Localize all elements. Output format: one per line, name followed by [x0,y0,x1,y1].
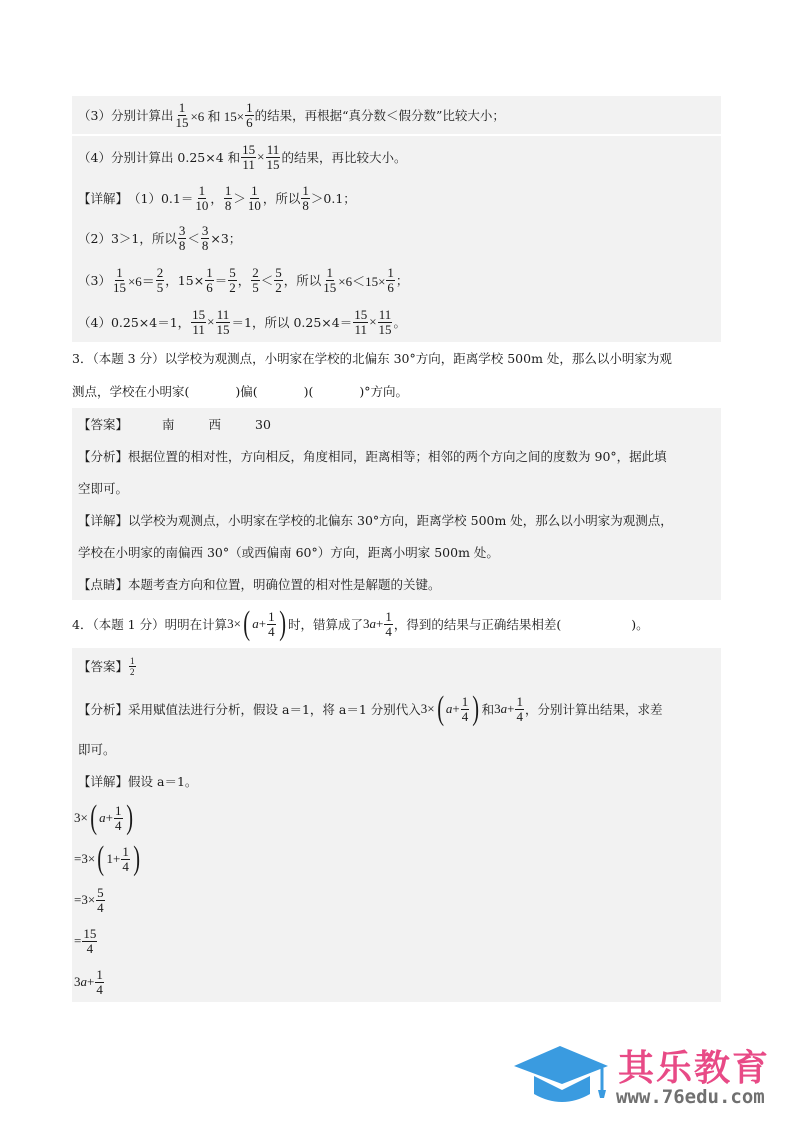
graduation-cap-icon [512,1038,612,1108]
brand-url: www.76edu.com [616,1086,765,1108]
math-text: 3× [227,616,241,632]
numerator: 15 [353,308,368,323]
fraction: 1115 [266,143,281,172]
question-text: 4．（本题 1 分）明明在计算 [72,615,227,633]
numerator: 2 [251,266,260,281]
answer-line: 【答案】 12 [72,648,721,684]
math-text: + [452,701,459,717]
text: （3） [78,271,111,289]
denominator: 4 [96,901,105,915]
analysis-detail-block: （4）分别计算出 0.25×4 和 1511 × 1115 的结果，再比较大小。… [72,136,721,342]
denominator: 6 [245,116,254,130]
numerator: 1 [386,266,395,281]
numerator: 1 [114,804,123,819]
analysis-text: 空即可。 [78,479,128,497]
math-text: =3× [74,851,95,867]
numerator: 1 [301,184,310,199]
numerator: 15 [82,927,97,942]
question-3-line-2: 测点，学校在小明家()偏()()°方向。 [72,374,721,408]
numerator: 1 [205,266,214,281]
numerator: 1 [384,610,393,625]
denominator: 8 [178,239,187,253]
question-text: 3．（本题 3 分）以学校为观测点，小明家在学校的北偏东 30°方向，距离学校 … [72,349,672,367]
numerator: 1 [198,184,207,199]
question-text: )°方向。 [359,382,408,400]
question-3-line-1: 3．（本题 3 分）以学校为观测点，小明家在学校的北偏东 30°方向，距离学校 … [72,342,721,374]
denominator: 2 [228,281,237,295]
denominator: 15 [266,158,281,172]
analysis-line: 【分析】 采用赋值法进行分析，假设 a＝1，将 a＝1 分别代入 3× ( a … [72,684,721,734]
fraction: 110 [194,184,209,213]
fraction: 14 [95,968,104,997]
denominator: 4 [515,710,524,724]
text: （2）3＞1，所以 [78,229,177,247]
detail-line-3: （3） 115 ×6＝ 25 ，15× 16 ＝ 52 ， 25 ＜ 52 ，所… [72,258,721,302]
denominator: 8 [224,199,233,213]
analysis-line: 空即可。 [72,472,721,504]
numerator: 11 [266,143,281,158]
text: ， [238,271,251,289]
math-text: + [87,974,94,990]
denominator: 10 [194,199,209,213]
parenthesized-expression: ( 1 + 14 ) [95,844,142,874]
fraction: 1511 [241,143,256,172]
denominator: 6 [205,281,214,295]
detail-line: 学校在小明家的南偏西 30°（或西偏南 60°）方向，距离小明家 500m 处。 [72,536,721,568]
step-2: =3× ( 1 + 14 ) [72,838,721,880]
fraction: 16 [245,101,254,130]
denominator: 8 [201,239,210,253]
math-text: + [376,616,383,632]
text: ， [210,189,223,207]
math-text: + [113,851,120,867]
fraction: 1511 [191,308,206,337]
numerator: 1 [95,968,104,983]
parenthesized-expression: ( a + 14 ) [241,609,288,639]
numerator: 1 [129,656,136,667]
watermark-logo: 其乐教育 www.76edu.com [512,1038,782,1114]
fraction: 16 [386,266,395,295]
answer-fraction: 12 [129,656,136,677]
text: × [207,314,214,330]
numerator: 11 [378,308,393,323]
fraction: 54 [96,886,105,915]
text: （3）分别计算出 [78,106,173,124]
text: × [257,149,264,165]
fraction: 115 [112,266,127,295]
question-4-solution: 【答案】 12 【分析】 采用赋值法进行分析，假设 a＝1，将 a＝1 分别代入… [72,648,721,1002]
math-text: = [74,933,81,949]
denominator: 4 [114,819,123,833]
analysis-line-3: （3）分别计算出 115 ×6 和 15× 16 的结果，再根据“真分数＜假分数… [72,96,721,134]
denominator: 4 [86,942,95,956]
brand-name: 其乐教育 [618,1040,770,1091]
text: ＝1，所以 0.25×4＝ [232,313,353,331]
fraction: 25 [156,266,165,295]
text: ＞ [233,189,246,207]
text: ＝ [215,271,228,289]
text: ＞0.1； [311,189,356,207]
question-text: )偏( [235,382,257,400]
analysis-text: 即可。 [78,740,116,758]
numerator: 15 [241,143,256,158]
math-text: 3× [74,810,88,826]
numerator: 3 [178,224,187,239]
fraction: 14 [384,610,393,639]
fraction: 18 [224,184,233,213]
denominator: 4 [121,860,130,874]
denominator: 8 [301,199,310,213]
text: ，所以 [284,271,322,289]
answer-label: 【答案】 [78,415,128,433]
denominator: 11 [241,158,256,172]
numerator: 1 [121,845,130,860]
detail-line-2: （2）3＞1，所以 38 ＜ 38 ×3； [72,218,721,258]
numerator: 5 [96,886,105,901]
numerator: 11 [216,308,231,323]
numerator: 1 [224,184,233,199]
numerator: 1 [267,610,276,625]
denominator: 4 [267,625,276,639]
fraction: 52 [228,266,237,295]
analysis-text: 采用赋值法进行分析，假设 a＝1，将 a＝1 分别代入 [128,700,421,718]
parenthesized-expression: ( a + 14 ) [435,694,482,724]
question-text: 测点，学校在小明家( [72,382,189,400]
math-text: + [106,810,113,826]
text: ×6 和 15× [190,106,244,125]
parenthesized-expression: ( a + 14 ) [88,803,135,833]
math-text: 3× [421,701,435,717]
fraction: 14 [267,610,276,639]
fraction: 14 [114,804,123,833]
numerator: 1 [245,101,254,116]
analysis-label: 【分析】 [78,447,128,465]
denominator: 2 [129,667,136,677]
fraction: 115 [322,266,337,295]
text: ，所以 [263,189,301,207]
numerator: 1 [326,266,335,281]
fraction: 14 [461,695,470,724]
answer-value: 30 [255,417,271,432]
numerator: 2 [156,266,165,281]
text: （1）0.1＝ [128,189,193,207]
detail-label: 【详解】 [78,511,128,529]
step-4: = 154 [72,920,721,962]
text: ； [396,271,409,289]
comment-label: 【点睛】 [78,575,128,593]
text: ，15× [165,271,204,289]
question-4-line: 4．（本题 1 分）明明在计算 3× ( a + 14 ) 时，错算成了 3a … [72,600,721,648]
fraction: 1115 [216,308,231,337]
denominator: 15 [174,116,189,130]
question-3-solution: 【答案】 南 西 30 【分析】 根据位置的相对性，方向相反，角度相同，距离相等… [72,408,721,600]
analysis-text: 和 [482,700,495,718]
denominator: 15 [216,323,231,337]
fraction: 16 [205,266,214,295]
fraction: 38 [201,224,210,253]
denominator: 5 [251,281,260,295]
text: 的结果，再根据“真分数＜假分数”比较大小； [255,106,505,124]
analysis-line: 【分析】 根据位置的相对性，方向相反，角度相同，距离相等；相邻的两个方向之间的度… [72,440,721,472]
denominator: 4 [461,710,470,724]
numerator: 1 [461,695,470,710]
denominator: 15 [322,281,337,295]
denominator: 4 [95,983,104,997]
text: ×3； [210,229,241,247]
analysis-line-4: （4）分别计算出 0.25×4 和 1511 × 1115 的结果，再比较大小。 [72,136,721,178]
text: × [369,314,376,330]
text: ×6＝ [128,271,155,290]
step-5: 3a + 14 [72,962,721,1002]
text: ＜ [187,229,200,247]
detail-line: 【详解】 以学校为观测点，小明家在学校的北偏东 30°方向，距离学校 500m … [72,504,721,536]
fraction: 38 [178,224,187,253]
numerator: 1 [250,184,259,199]
numerator: 1 [178,101,187,116]
question-text: )( [304,384,314,399]
detail-line-4: （4）0.25×4＝1， 1511 × 1115 ＝1，所以 0.25×4＝ 1… [72,302,721,342]
numerator: 3 [201,224,210,239]
denominator: 15 [378,323,393,337]
fraction: 1115 [378,308,393,337]
detail-text: 学校在小明家的南偏西 30°（或西偏南 60°）方向，距离小明家 500m 处。 [78,543,499,561]
analysis-line: 即可。 [72,734,721,764]
denominator: 6 [386,281,395,295]
fraction: 25 [251,266,260,295]
answer-value: 南 [162,415,175,433]
text: （4）0.25×4＝1， [78,313,190,331]
detail-line-1: 【详解】 （1）0.1＝ 110 ， 18 ＞ 110 ，所以 18 ＞0.1； [72,178,721,218]
text: ＜ [261,271,274,289]
denominator: 4 [384,625,393,639]
detail-line: 【详解】 假设 a＝1。 [72,764,721,798]
fraction: 110 [247,184,262,213]
math-text: + [507,701,514,717]
denominator: 15 [112,281,127,295]
question-text: )。 [631,615,648,633]
fraction: 14 [121,845,130,874]
detail-label: 【详解】 [78,189,128,207]
denominator: 5 [156,281,165,295]
numerator: 5 [274,266,283,281]
math-text: + [259,616,266,632]
detail-text: 假设 a＝1。 [128,772,197,790]
text: 的结果，再比较大小。 [282,148,407,166]
comment-text: 本题考查方向和位置，明确位置的相对性是解题的关键。 [128,575,441,593]
fraction: 52 [274,266,283,295]
document-page: （3）分别计算出 115 ×6 和 15× 16 的结果，再根据“真分数＜假分数… [72,96,721,1002]
analysis-label: 【分析】 [78,700,128,718]
detail-label: 【详解】 [78,772,128,790]
detail-text: 以学校为观测点，小明家在学校的北偏东 30°方向，距离学校 500m 处，那么以… [128,511,673,529]
analysis-text: 根据位置的相对性，方向相反，角度相同，距离相等；相邻的两个方向之间的度数为 90… [128,447,667,465]
question-text: 时，错算成了 [288,615,363,633]
numerator: 1 [515,695,524,710]
question-text: ，得到的结果与正确结果相差( [394,615,561,633]
step-1: 3× ( a + 14 ) [72,798,721,838]
text: ×6＜15× [338,271,385,290]
math-text: =3× [74,892,95,908]
denominator: 2 [274,281,283,295]
fraction: 14 [515,695,524,724]
fraction: 115 [174,101,189,130]
numerator: 1 [115,266,124,281]
text: 。 [394,313,407,331]
answer-line: 【答案】 南 西 30 [72,408,721,440]
denominator: 11 [191,323,206,337]
fraction: 18 [301,184,310,213]
denominator: 10 [247,199,262,213]
fraction: 1511 [353,308,368,337]
numerator: 5 [228,266,237,281]
comment-line: 【点睛】 本题考查方向和位置，明确位置的相对性是解题的关键。 [72,568,721,600]
analysis-text: ，分别计算出结果，求差 [525,700,663,718]
step-3: =3× 54 [72,880,721,920]
text: （4）分别计算出 0.25×4 和 [78,148,240,166]
fraction: 154 [82,927,97,956]
numerator: 15 [191,308,206,323]
denominator: 11 [353,323,368,337]
answer-value: 西 [209,415,222,433]
answer-label: 【答案】 [78,657,128,675]
